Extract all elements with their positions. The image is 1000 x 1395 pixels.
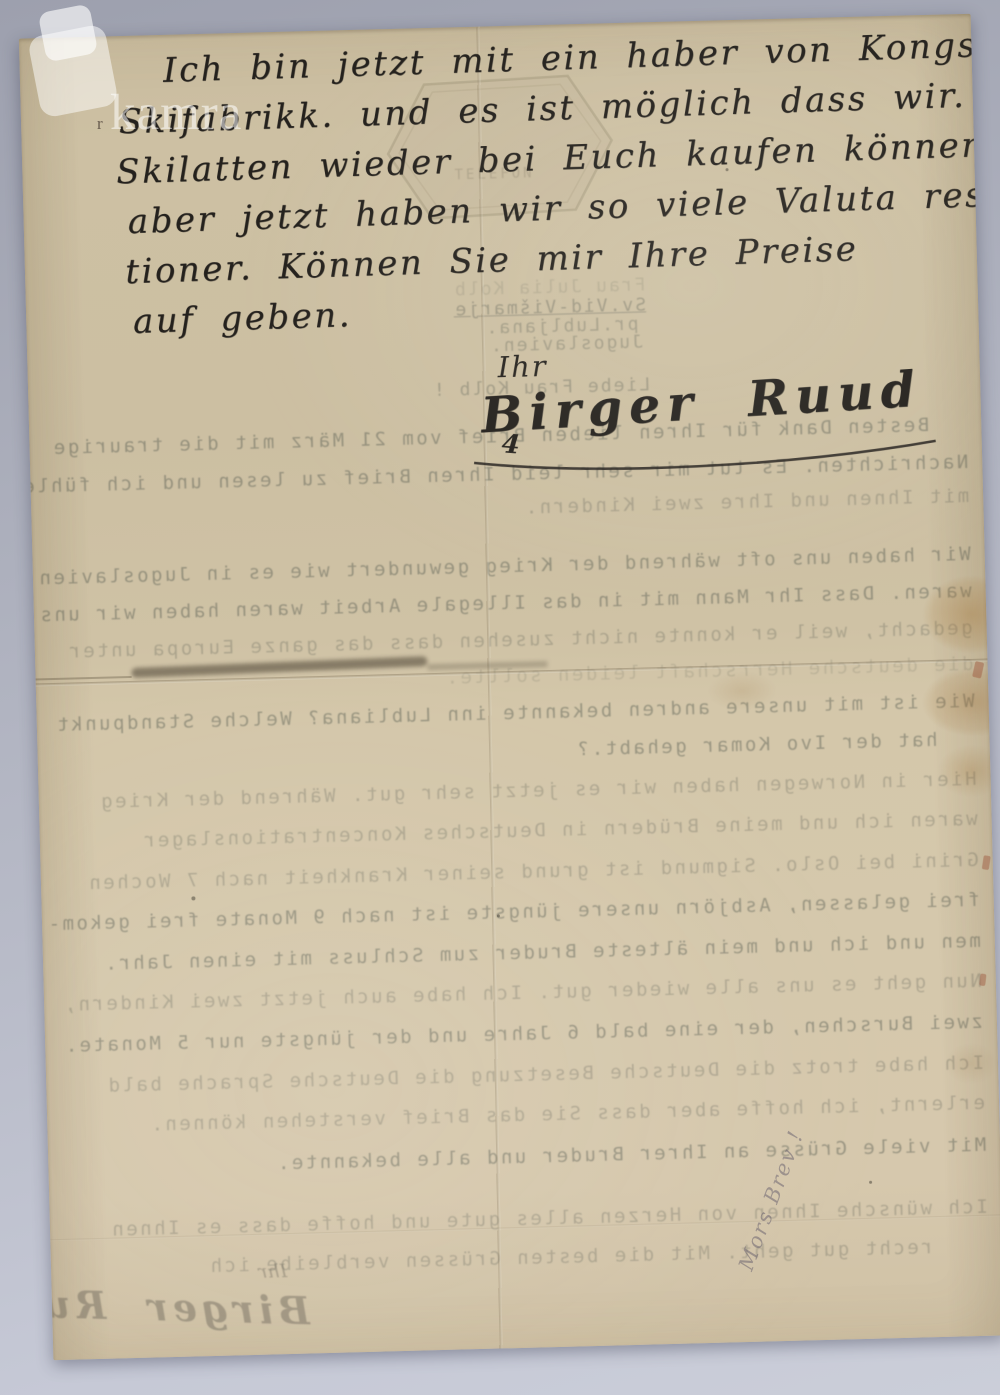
watermark: r kamra — [0, 0, 340, 170]
watermark-brand: kamra — [110, 84, 242, 142]
paper-sheen — [19, 14, 1000, 1360]
letter-paper: TELEFON Frau Julia Kolb Sv.Vid-Višmarje … — [19, 14, 1000, 1360]
watermark-frame-inner-icon — [38, 3, 99, 62]
photo-of-letter: { "watermark": { "brand": "kamra", "mark… — [0, 0, 1000, 1395]
watermark-mark: r — [97, 114, 103, 134]
